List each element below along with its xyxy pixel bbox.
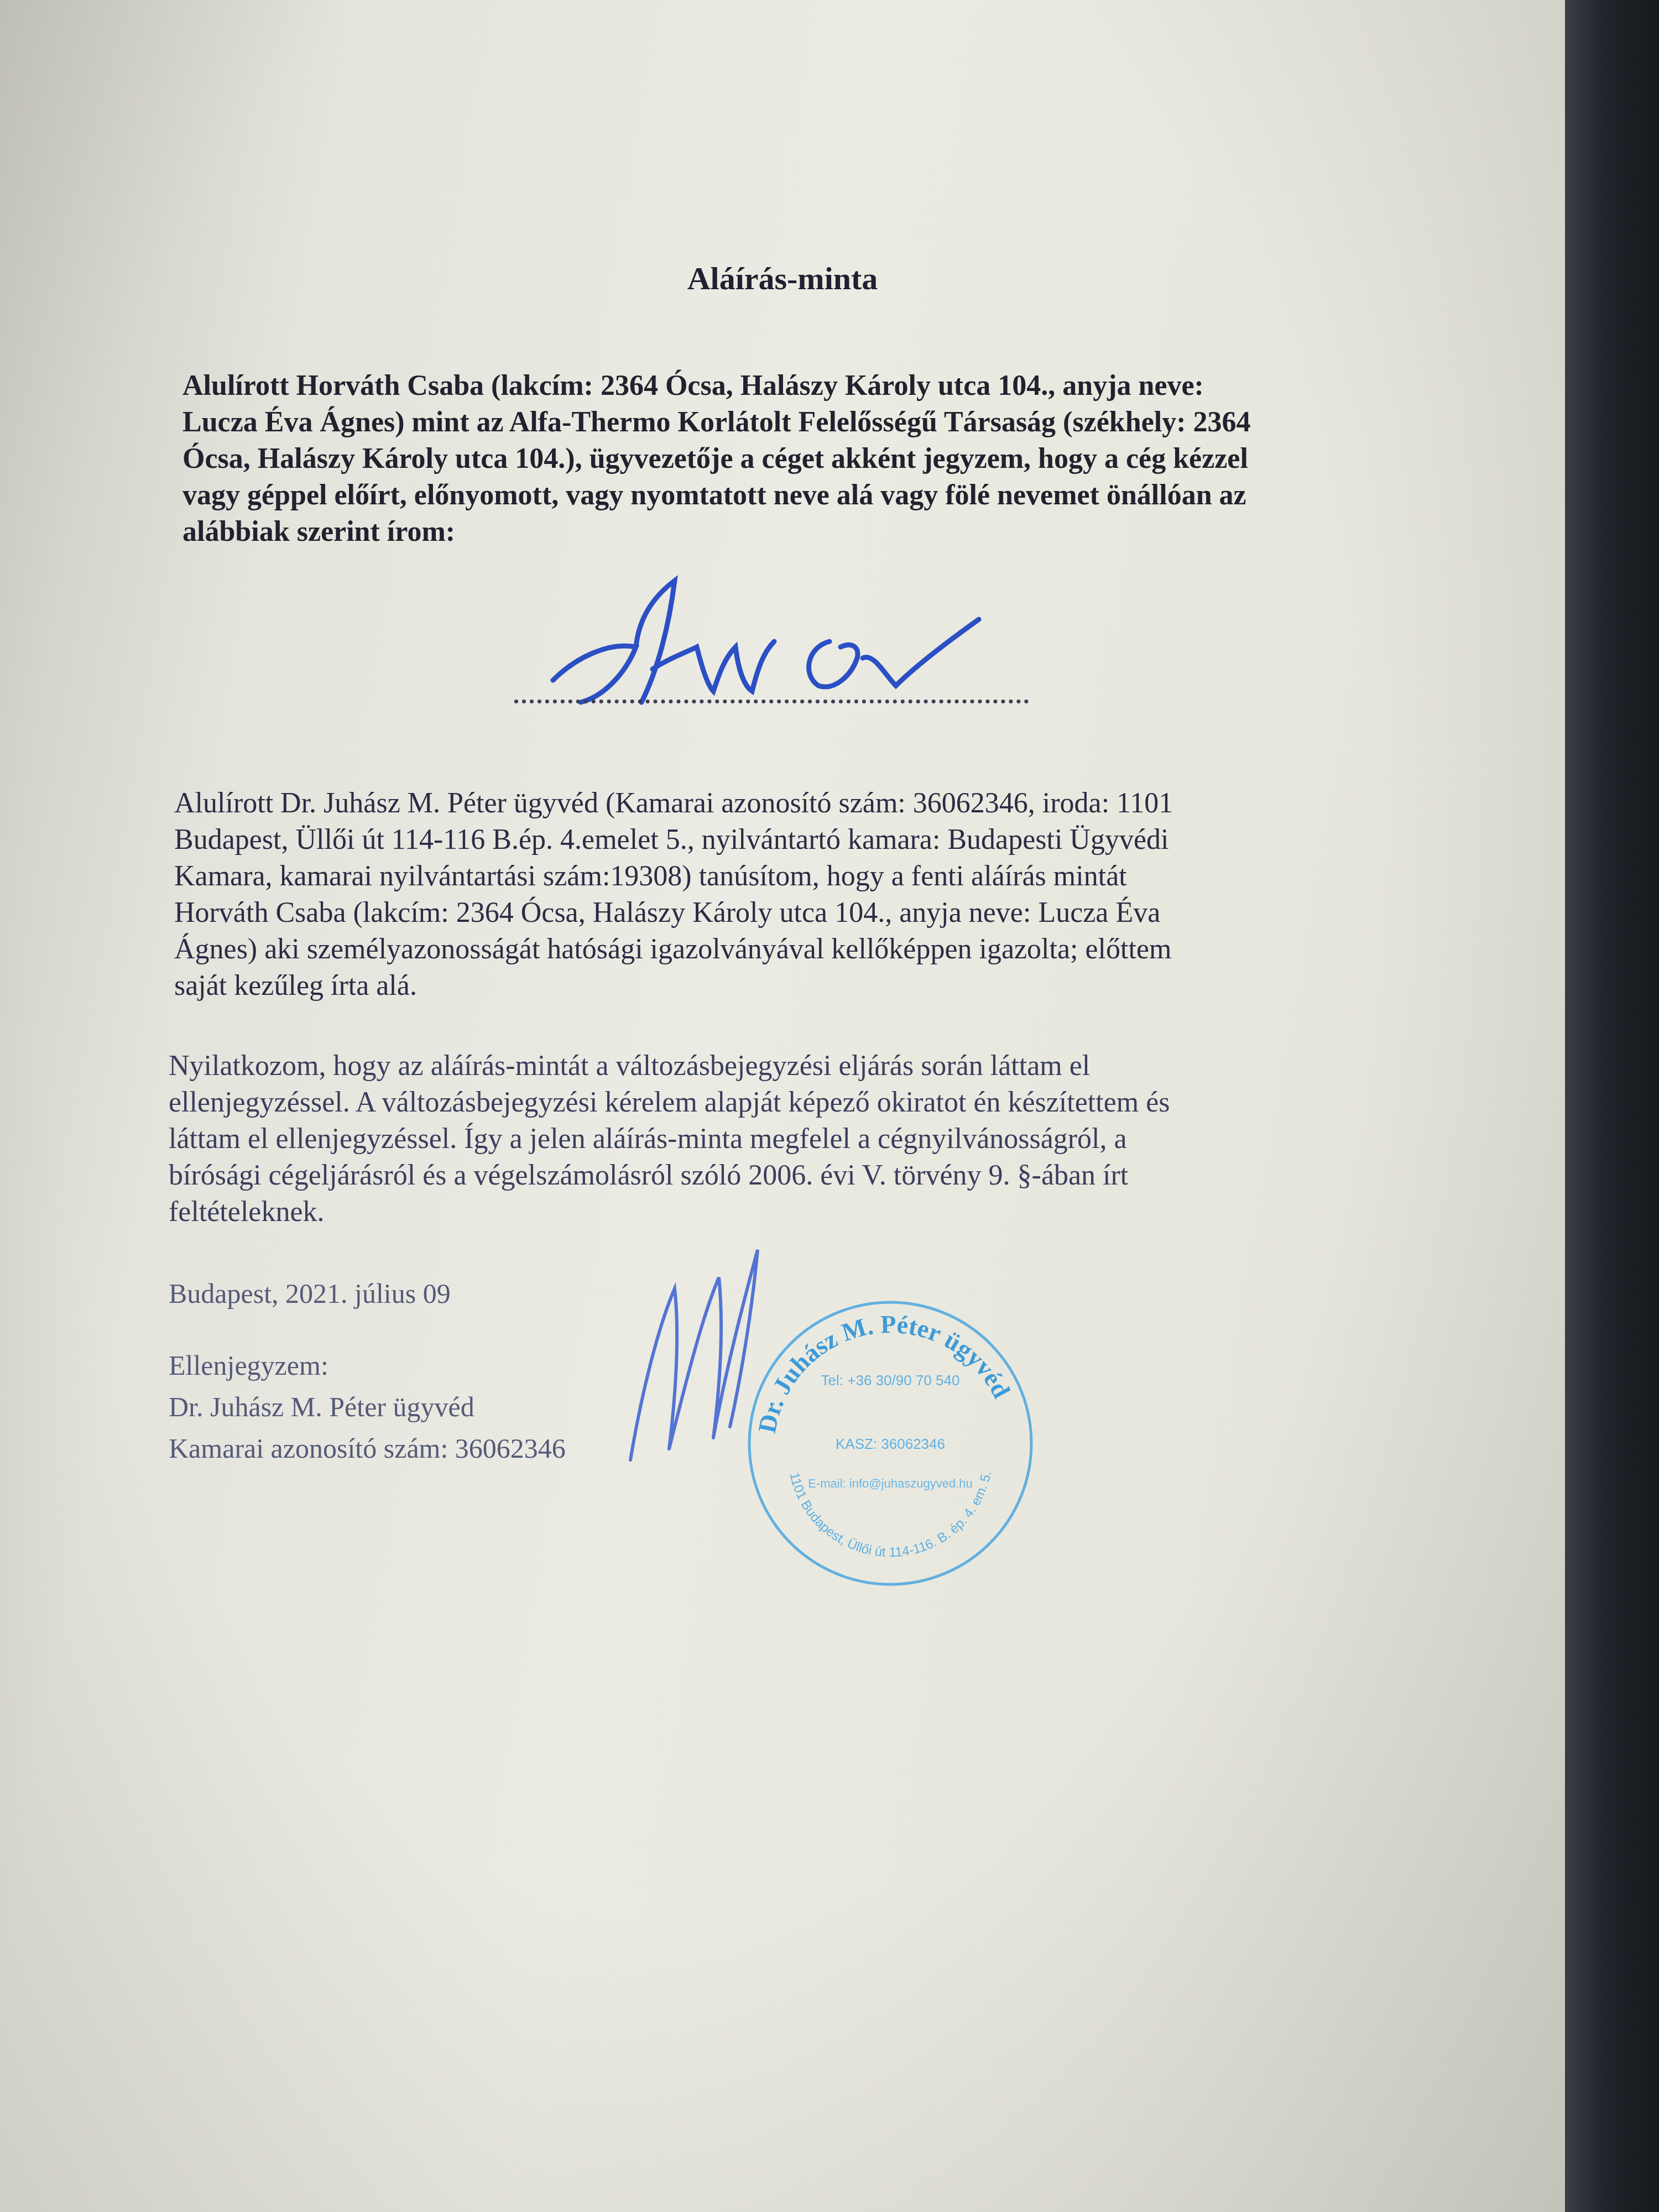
stamp-phone: Tel: +36 30/90 70 540: [821, 1372, 960, 1389]
attorney-stamp: Dr. Juhász M. Péter ügyvéd Tel: +36 30/9…: [735, 1288, 1045, 1598]
monitor-bezel: [1565, 0, 1659, 2212]
paragraph-line: saját kezűleg írta alá.: [174, 968, 417, 1004]
paragraph-line: vagy géppel előírt, előnyomott, vagy nyo…: [182, 477, 1246, 514]
paragraph-line: Nyilatkozom, hogy az aláírás-mintát a vá…: [169, 1048, 1090, 1084]
paragraph-line: Alulírott Horváth Csaba (lakcím: 2364 Óc…: [182, 368, 1204, 404]
signature-dotted-line: [514, 700, 1029, 703]
stamp-email: E-mail: info@juhaszugyved.hu: [808, 1477, 972, 1490]
paragraph-line: Ócsa, Halászy Károly utca 104.), ügyveze…: [182, 441, 1248, 477]
paragraph-line: Ágnes) aki személyazonosságát hatósági i…: [174, 931, 1171, 968]
paragraph-line: Lucza Éva Ágnes) mint az Alfa-Thermo Kor…: [182, 404, 1251, 441]
paragraph-line: alábbiak szerint írom:: [182, 514, 455, 550]
monitor-screen: Aláírás-minta Alulírott Horváth Csaba (l…: [0, 0, 1565, 2212]
paragraph-line: láttam el ellenjegyzéssel. Így a jelen a…: [169, 1121, 1127, 1157]
handwritten-signature: [542, 564, 1073, 719]
countersign-name: Dr. Juhász M. Péter ügyvéd: [169, 1391, 474, 1423]
stamp-kasz: KASZ: 36062346: [836, 1436, 945, 1452]
paragraph-line: Alulírott Dr. Juhász M. Péter ügyvéd (Ka…: [174, 785, 1173, 822]
paragraph-line: ellenjegyzéssel. A változásbejegyzési ké…: [169, 1084, 1170, 1121]
countersign-label: Ellenjegyzem:: [169, 1349, 328, 1381]
paragraph-line: Kamara, kamarai nyilvántartási szám:1930…: [174, 858, 1127, 895]
countersign-id: Kamarai azonosító szám: 36062346: [169, 1432, 566, 1464]
paragraph-line: bírósági cégeljárásról és a végelszámolá…: [169, 1157, 1128, 1194]
date-line: Budapest, 2021. július 09: [169, 1277, 451, 1310]
paragraph-line: feltételeknek.: [169, 1194, 325, 1230]
paragraph-line: Budapest, Üllői út 114-116 B.ép. 4.emele…: [174, 822, 1168, 858]
paragraph-line: Horváth Csaba (lakcím: 2364 Ócsa, Halász…: [174, 895, 1160, 931]
document-title: Aláírás-minta: [0, 260, 1565, 297]
